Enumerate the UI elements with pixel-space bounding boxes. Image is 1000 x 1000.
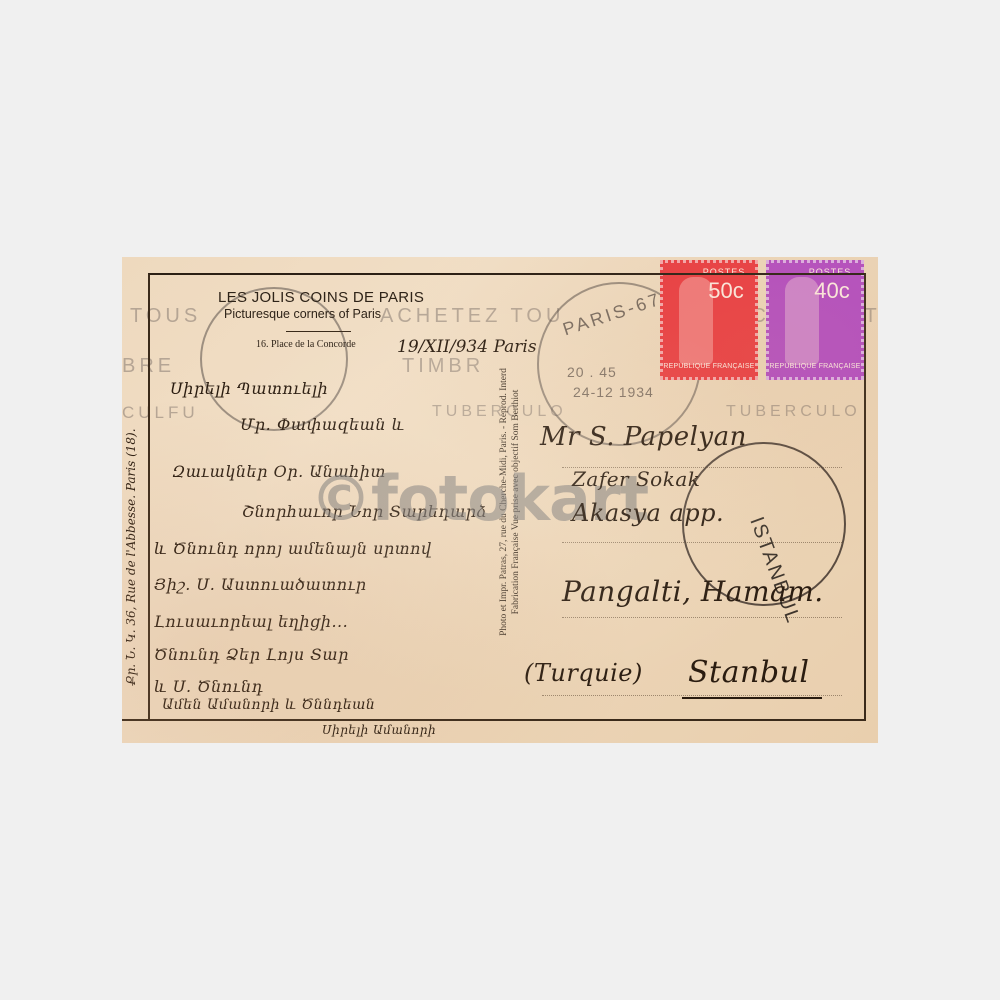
message-line-8: Ծնունդ Ձեր Լոյս Տար <box>154 645 349 664</box>
address-city: Stanbul <box>688 655 809 690</box>
address-country: (Turquie) <box>524 659 643 687</box>
border-extension <box>122 719 148 721</box>
message-line-11: Սիրելի Ամանորի <box>322 723 436 737</box>
message-line-9: և Ս. Ծնունդ <box>154 677 263 696</box>
publisher-header: LES JOLIS COINS DE PARIS Picturesque cor… <box>218 289 424 350</box>
sender-address-note: Քր. Ն. Կ. 36, Rue de l'Abbesse. Paris (1… <box>124 428 138 685</box>
address-rule-2 <box>562 542 842 543</box>
address-district: Pangalti, Hamam. <box>562 575 824 608</box>
address-rule-3 <box>562 617 842 618</box>
publisher-subtitle: Picturesque corners of Paris <box>218 307 424 321</box>
message-line-5: և Ծնունդ որոյ ամենայն սրտով <box>154 539 432 558</box>
message-line-10: Ամեն Ամանորի և Ծննդեան <box>162 697 375 713</box>
message-line-6: Յիշ. Ս. Աստուածատուր <box>154 575 367 594</box>
header-rule <box>286 331 351 332</box>
postcard: TOUS BRE CULFU ACHETEZ TOU TIMBR TUBERCU… <box>122 257 878 743</box>
address-street: Zafer Sokak <box>572 467 700 491</box>
date-line: 19/XII/934 Paris <box>397 337 537 357</box>
address-rule-4 <box>542 695 842 696</box>
address-building: Akasya app. <box>572 499 724 527</box>
message-line-7: Լուսաւորեալ եղիցի... <box>154 612 348 631</box>
message-line-1: Սիրելի Պատուելի <box>170 379 328 398</box>
picture-caption: 16. Place de la Concorde <box>218 339 424 350</box>
address-name: Mr S. Papelyan <box>540 422 747 452</box>
publisher-title: LES JOLIS COINS DE PARIS <box>218 289 424 306</box>
message-line-2: Մր. Փափազեան և <box>240 415 405 434</box>
city-underline <box>682 697 822 699</box>
